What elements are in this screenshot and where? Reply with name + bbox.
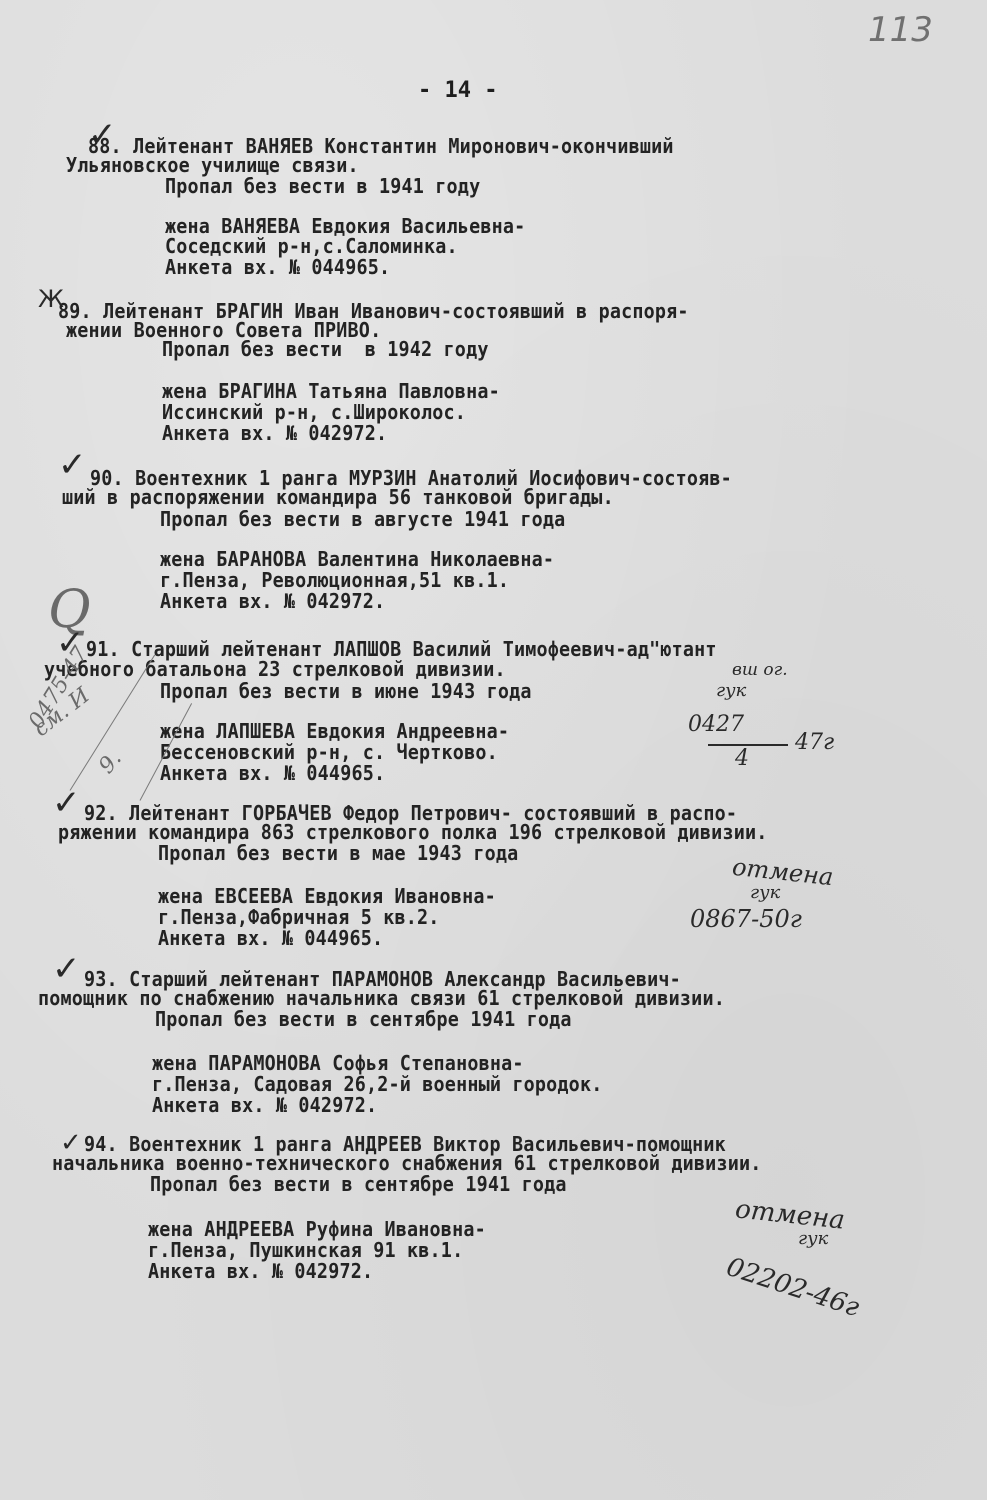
archive-page-number: 113 xyxy=(868,10,933,50)
form-number: Анкета вх. № 044965. xyxy=(160,762,385,784)
entry-status: Пропал без вести в сентябре 1941 года xyxy=(150,1173,567,1195)
wife-name: жена АНДРЕЕВА Руфина Ивановна- xyxy=(148,1218,486,1240)
handwritten-note: 47г xyxy=(795,730,834,755)
form-number: Анкета вх. № 044965. xyxy=(158,927,383,949)
document-page: 113 - 14 - ✓ 88. Лейтенант ВАНЯЕВ Конста… xyxy=(0,0,987,1500)
entry-line: ряжении командира 863 стрелкового полка … xyxy=(58,821,767,843)
entry-line: учебного батальона 23 стрелковой дивизии… xyxy=(44,658,506,680)
wife-address: Иссинский р-н, с.Широколос. xyxy=(162,401,466,423)
entry-status: Пропал без вести в 1942 году xyxy=(162,338,489,360)
wife-address: Бессеновский р-н, с. Чертково. xyxy=(160,741,498,763)
entry-line: ший в распоряжении командира 56 танковой… xyxy=(62,486,614,508)
entry-status: Пропал без вести в мае 1943 года xyxy=(158,842,518,864)
check-mark-icon: ✓ xyxy=(52,786,81,820)
entry-status: Пропал без вести в 1941 году xyxy=(165,175,480,197)
form-number: Анкета вх. № 042972. xyxy=(162,422,387,444)
handwritten-note-cancel: отмена xyxy=(731,853,835,891)
entry-line: Ульяновское училище связи. xyxy=(66,154,359,176)
wife-name: жена ЛАПШЕВА Евдокия Андреевна- xyxy=(160,720,509,742)
wife-name: жена ЕВСЕЕВА Евдокия Ивановна- xyxy=(158,885,496,907)
wife-name: жена БРАГИНА Татьяна Павловна- xyxy=(162,380,500,402)
handwritten-code: 0867-50г xyxy=(690,905,802,933)
form-number: Анкета вх. № 044965. xyxy=(165,256,390,278)
check-mark-icon: ✓ xyxy=(52,952,81,986)
form-number: Анкета вх. № 042972. xyxy=(148,1260,373,1282)
handwritten-fraction-numerator: 0427 xyxy=(688,712,744,737)
handwritten-note: гук xyxy=(798,1228,828,1249)
handwritten-note: вш ог. xyxy=(732,660,788,680)
entry-status: Пропал без вести в августе 1941 года xyxy=(160,508,565,530)
entry-line: начальника военно-технического снабжения… xyxy=(52,1152,761,1174)
entry-status: Пропал без вести в июне 1943 года xyxy=(160,680,532,702)
wife-name: жена БАРАНОВА Валентина Николаевна- xyxy=(160,548,554,570)
handwritten-code: 02202-46г xyxy=(723,1252,863,1323)
page-header: - 14 - xyxy=(418,78,497,103)
check-mark-icon: ✓ xyxy=(58,448,87,482)
form-number: Анкета вх. № 042972. xyxy=(160,590,385,612)
handwritten-note: 9. xyxy=(94,746,127,778)
wife-address: г.Пенза,Фабричная 5 кв.2. xyxy=(158,906,440,928)
handwritten-note: гук xyxy=(750,882,780,903)
entry-status: Пропал без вести в сентябре 1941 года xyxy=(155,1008,572,1030)
wife-address: г.Пенза, Садовая 26,2-й военный городок. xyxy=(152,1073,602,1095)
handwritten-note-cancel: отмена xyxy=(734,1194,846,1235)
wife-name: жена ПАРАМОНОВА Софья Степановна- xyxy=(152,1052,524,1074)
handwritten-note: гук xyxy=(716,680,746,701)
form-number: Анкета вх. № 042972. xyxy=(152,1094,377,1116)
wife-address: г.Пенза, Революционная,51 кв.1. xyxy=(160,569,509,591)
wife-address: г.Пенза, Пушкинская 91 кв.1. xyxy=(148,1239,463,1261)
wife-address: Соседский р-н,с.Саломинка. xyxy=(165,235,458,257)
handwritten-fraction-denominator: 4 xyxy=(735,746,749,771)
entry-line: помощник по снабжению начальника связи 6… xyxy=(38,987,725,1009)
